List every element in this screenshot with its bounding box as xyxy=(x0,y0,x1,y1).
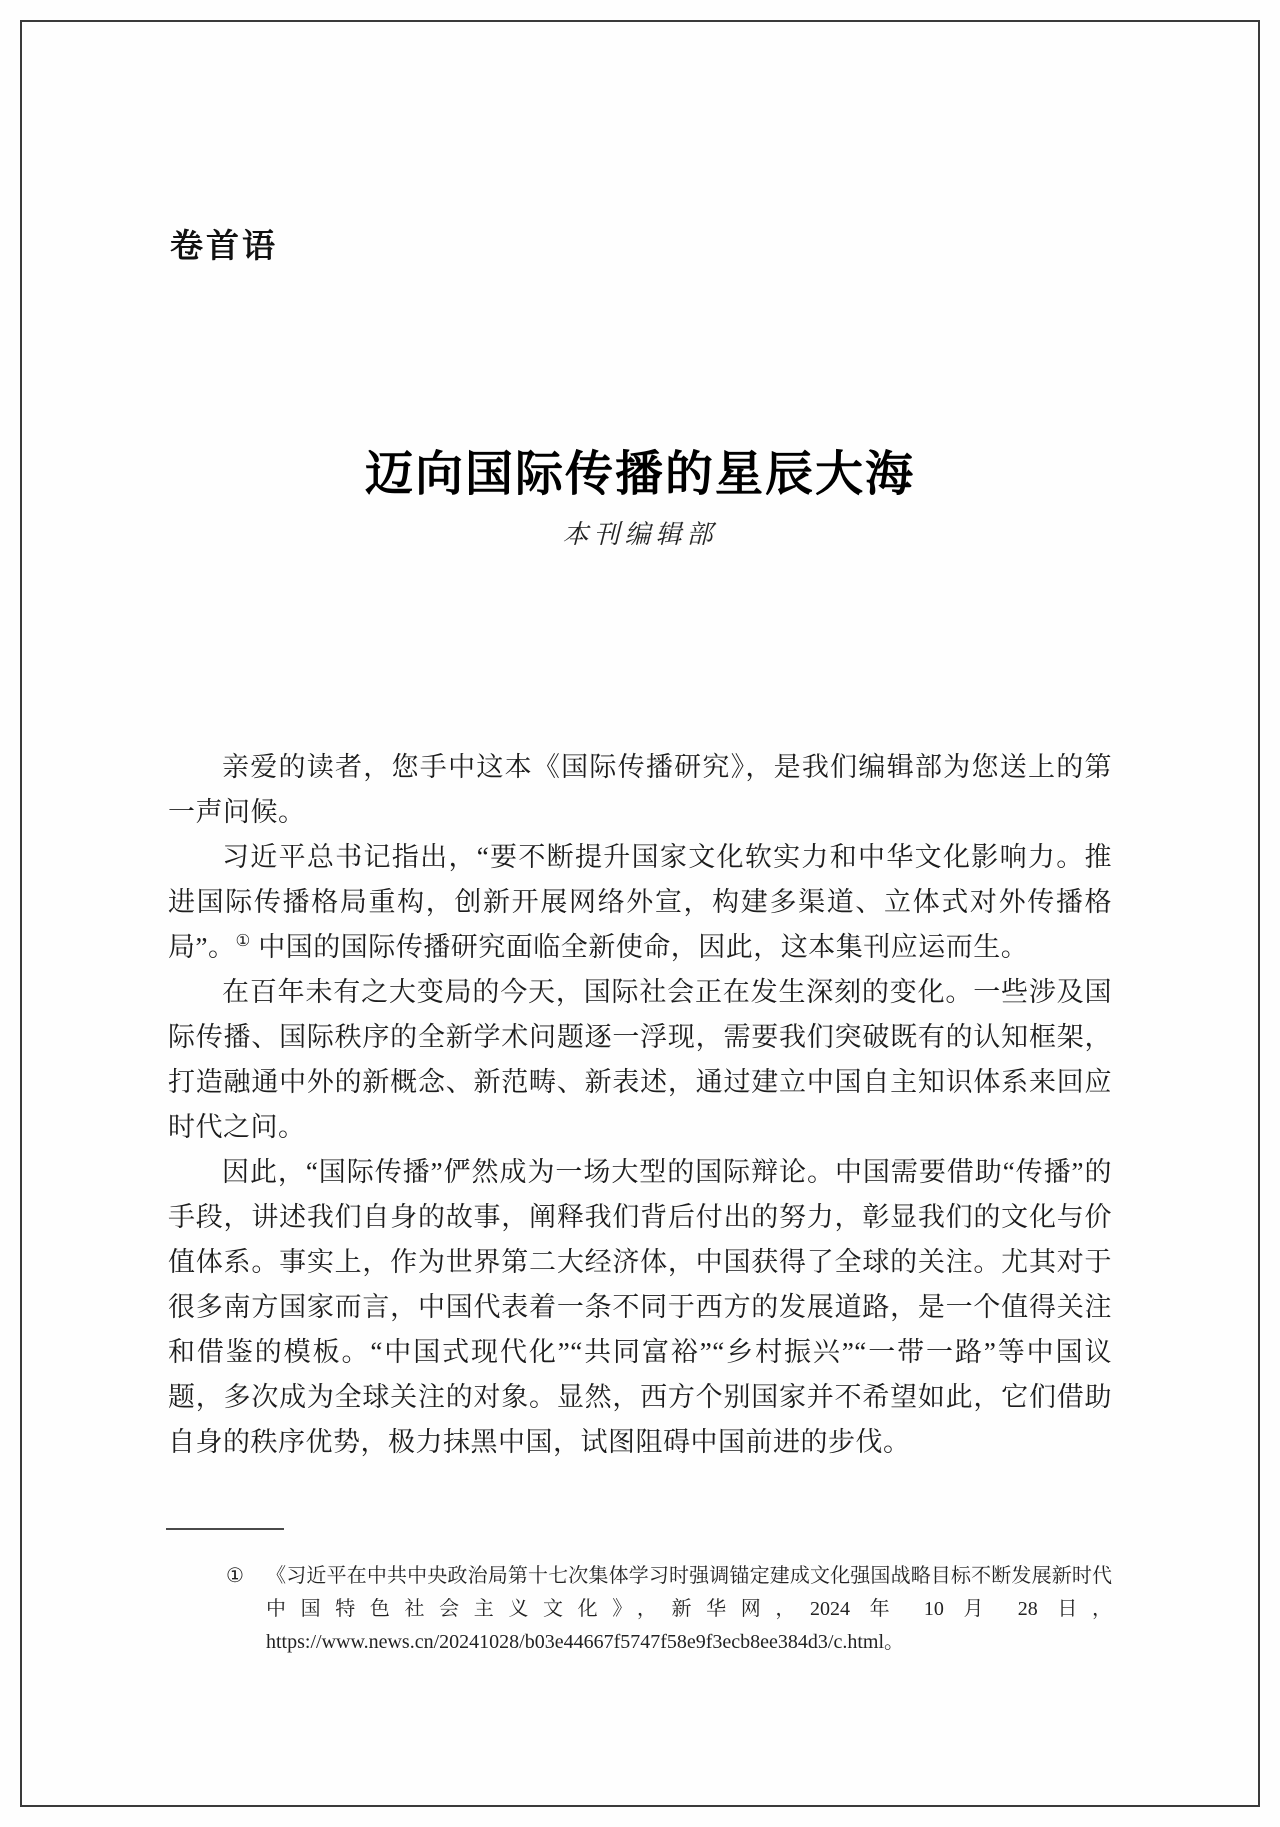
footnote-ref: ① xyxy=(235,931,251,950)
article-body: 亲爱的读者，您手中这本《国际传播研究》，是我们编辑部为您送上的第一声问候。 习近… xyxy=(168,745,1112,1465)
journal-page: 卷首语 迈向国际传播的星辰大海 本刊编辑部 亲爱的读者，您手中这本《国际传播研究… xyxy=(0,0,1280,1827)
body-paragraph: 因此，“国际传播”俨然成为一场大型的国际辩论。中国需要借助“传播”的手段，讲述我… xyxy=(168,1150,1112,1465)
body-paragraph: 在百年未有之大变局的今天，国际社会正在发生深刻的变化。一些涉及国际传播、国际秩序… xyxy=(168,970,1112,1150)
footnote-text: 《习近平在中共中央政治局第十七次集体学习时强调锚定建成文化强国战略目标不断发展新… xyxy=(266,1565,1112,1653)
footnote-divider xyxy=(166,1528,284,1530)
footnote-item: ①《习近平在中共中央政治局第十七次集体学习时强调锚定建成文化强国战略目标不断发展… xyxy=(226,1560,1112,1659)
article-byline: 本刊编辑部 xyxy=(140,516,1140,554)
footnote-marker: ① xyxy=(226,1560,266,1593)
paragraph-text: 中国的国际传播研究面临全新使命，因此，这本集刊应运而生。 xyxy=(251,932,1028,962)
body-paragraph: 习近平总书记指出，“要不断提升国家文化软实力和中华文化影响力。推进国际传播格局重… xyxy=(168,835,1112,970)
article-title: 迈向国际传播的星辰大海 xyxy=(140,446,1140,504)
section-kicker: 卷首语 xyxy=(170,226,278,266)
body-paragraph: 亲爱的读者，您手中这本《国际传播研究》，是我们编辑部为您送上的第一声问候。 xyxy=(168,745,1112,835)
footnote-area: ①《习近平在中共中央政治局第十七次集体学习时强调锚定建成文化强国战略目标不断发展… xyxy=(168,1560,1112,1659)
